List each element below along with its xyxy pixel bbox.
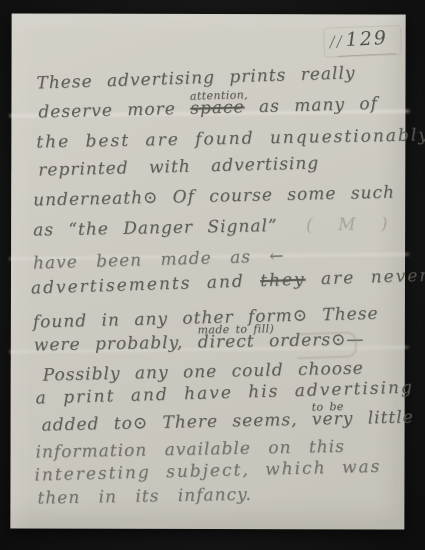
manuscript-line-3: the best are found unquestionably [36,124,425,153]
manuscript-line-4: reprinted with advertising [38,152,319,181]
page-number: //129 [329,27,388,52]
struck-word: they [260,270,306,291]
inserted-phrase: made to fill) [197,318,274,341]
line-text: have been made as ← [33,246,285,273]
line-text: added to⊙ There seems, [41,410,297,436]
manuscript-line-5: underneath⊙ Of course some such [33,182,395,212]
line-text: were probably, [34,333,184,356]
line-text: as many of [259,94,378,117]
line-text: reprinted with advertising [38,153,319,180]
line-text: as “the Danger Signal” [33,216,278,240]
line-text: then in its infancy. [37,485,252,509]
line-text: deserve more [38,99,176,122]
erased-text: ( M ) [306,214,394,236]
manuscript-line-2: deserve more attention,space as many of [38,93,378,124]
line-text: the best are found unquestionably [36,125,425,152]
line-text: underneath⊙ Of course some such [33,183,395,211]
inserted-word: attention, [190,84,249,107]
manuscript-line-16: then in its infancy. [37,484,252,510]
correction: to bevery little [312,406,414,430]
manuscript-line-13: added to⊙ There seems, to bevery little [41,406,414,436]
inserted-phrase: to be [311,396,344,419]
manuscript-page: //129 These advertising prints really de… [10,13,405,529]
manuscript-line-6: as “the Danger Signal” ( M ) [33,213,394,242]
photo-background: //129 These advertising prints really de… [0,0,425,550]
erased-bracket-mark [296,331,357,359]
line-text: advertisements and [31,272,245,299]
page-number-marks: // [329,32,344,51]
line-text: are never [321,266,425,289]
page-number-value: 129 [345,27,388,51]
correction: attention,space [190,96,245,119]
